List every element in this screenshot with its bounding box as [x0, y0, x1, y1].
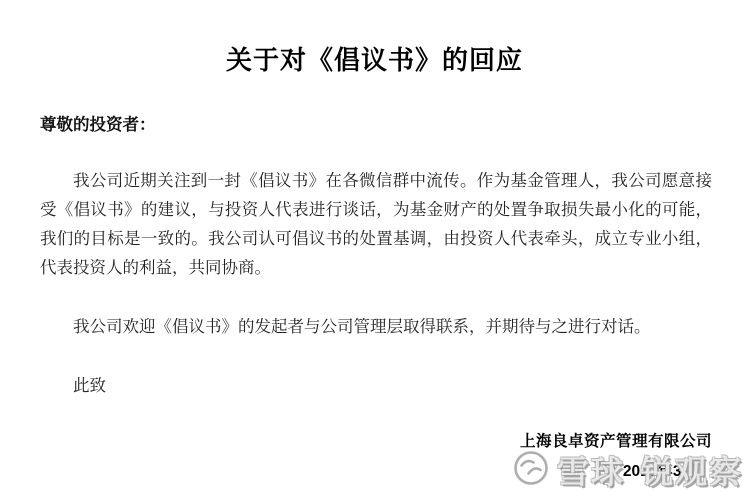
xueqiu-snowball-icon [512, 449, 550, 492]
signature-company-name: 上海良卓资产管理有限公司 [520, 429, 712, 451]
salutation: 尊敬的投资者： [40, 111, 156, 135]
closing-phrase: 此致 [40, 372, 106, 396]
signature-date: 2019年3月 [623, 459, 697, 481]
document-title: 关于对《倡议书》的回应 [0, 40, 749, 77]
document-page: 关于对《倡议书》的回应 尊敬的投资者： 我公司近期关注到一封《倡议书》在各微信群… [0, 0, 749, 492]
watermark-brand-text: 雪球 [557, 447, 625, 492]
body-paragraph-1: 我公司近期关注到一封《倡议书》在各微信群中流传。作为基金管理人，我公司愿意接受《… [40, 167, 712, 283]
body-paragraph-2: 我公司欢迎《倡议书》的发起者与公司管理层取得联系，并期待与之进行对话。 [40, 313, 712, 342]
